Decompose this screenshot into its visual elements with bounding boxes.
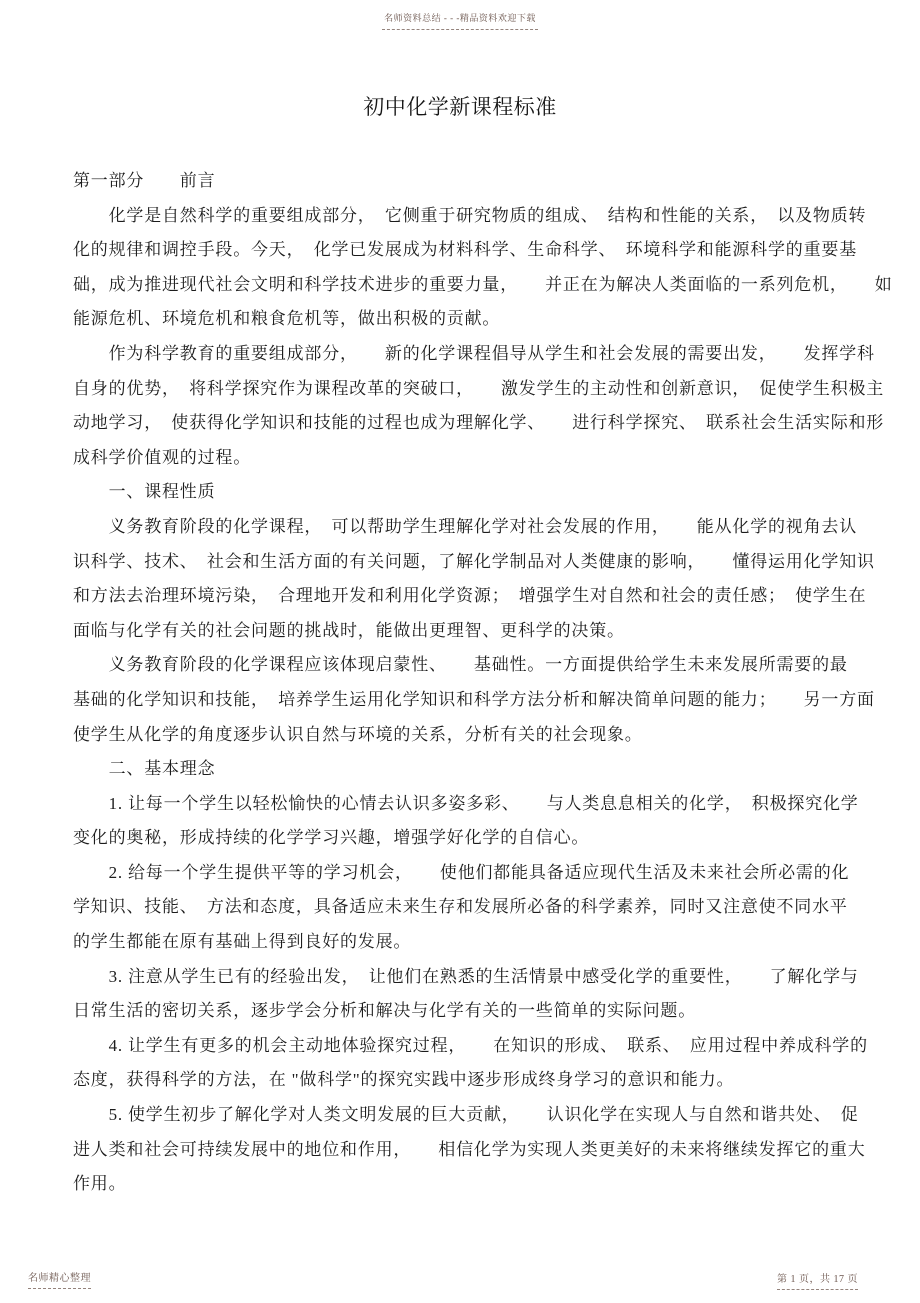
text-line: 作为科学教育的重要组成部分， 新的化学课程倡导从学生和社会发展的需要出发， 发挥… [73,337,863,372]
text-line: 日常生活的密切关系，逐步学会分析和解决与化学有关的一些简单的实际问题。 [73,994,863,1029]
text-line: 和方法去治理环境污染， 合理地开发和利用化学资源； 增强学生对自然和社会的责任感… [73,579,863,614]
text-line: 识科学、技术、 社会和生活方面的有关问题，了解化学制品对人类健康的影响， 懂得运… [73,545,863,580]
text-line: 5. 使学生初步了解化学对人类文明发展的巨大贡献， 认识化学在实现人与自然和谐共… [73,1098,863,1133]
text-line: 一、课程性质 [73,475,863,510]
text-line: 础，成为推进现代社会文明和科学技术进步的重要力量， 并正在为解决人类面临的一系列… [73,268,863,303]
text-line: 态度，获得科学的方法，在 "做科学"的探究实践中逐步形成终身学习的意识和能力。 [73,1063,863,1098]
text-line: 化的规律和调控手段。今天， 化学已发展成为材料科学、生命科学、 环境科学和能源科… [73,233,863,268]
text-line: 化学是自然科学的重要组成部分， 它侧重于研究物质的组成、 结构和性能的关系， 以… [73,199,863,234]
text-line: 能源危机、环境危机和粮食危机等，做出积极的贡献。 [73,302,863,337]
text-line: 3. 注意从学生已有的经验出发， 让他们在熟悉的生活情景中感受化学的重要性， 了… [73,960,863,995]
text-line: 义务教育阶段的化学课程应该体现启蒙性、 基础性。一方面提供给学生未来发展所需要的… [73,648,863,683]
text-line: 使学生从化学的角度逐步认识自然与环境的关系，分析有关的社会现象。 [73,718,863,753]
text-line: 第一部分 前言 [73,164,863,199]
header-watermark-text: 名师资料总结 - - -精品资料欢迎下载 [382,11,538,30]
document-page: 名师资料总结 - - -精品资料欢迎下载 初中化学新课程标准 第一部分 前言 化… [0,0,920,1303]
footer-left: 名师精心整理 [28,1268,91,1289]
document-title: 初中化学新课程标准 [0,91,920,121]
footer-watermark-text: 名师精心整理 [28,1269,91,1289]
text-line: 二、基本理念 [73,752,863,787]
text-line: 自身的优势， 将科学探究作为课程改革的突破口， 激发学生的主动性和创新意识， 促… [73,372,863,407]
footer-right: 第 1 页，共 17 页 [777,1269,858,1290]
text-line: 作用。 [73,1167,863,1202]
text-line: 进人类和社会可持续发展中的地位和作用， 相信化学为实现人类更美好的未来将继续发挥… [73,1133,863,1168]
text-line: 的学生都能在原有基础上得到良好的发展。 [73,925,863,960]
text-line: 义务教育阶段的化学课程， 可以帮助学生理解化学对社会发展的作用， 能从化学的视角… [73,510,863,545]
document-body: 第一部分 前言 化学是自然科学的重要组成部分， 它侧重于研究物质的组成、 结构和… [73,164,863,1202]
text-line: 成科学价值观的过程。 [73,441,863,476]
text-line: 2. 给每一个学生提供平等的学习机会， 使他们都能具备适应现代生活及未来社会所必… [73,856,863,891]
text-line: 学知识、技能、 方法和态度，具备适应未来生存和发展所必备的科学素养，同时又注意使… [73,890,863,925]
text-line: 变化的奥秘，形成持续的化学学习兴趣，增强学好化学的自信心。 [73,821,863,856]
text-line: 1. 让每一个学生以轻松愉快的心情去认识多姿多彩、 与人类息息相关的化学， 积极… [73,787,863,822]
page-header: 名师资料总结 - - -精品资料欢迎下载 [0,8,920,30]
text-line: 动地学习， 使获得化学知识和技能的过程也成为理解化学、 进行科学探究、 联系社会… [73,406,863,441]
text-line: 面临与化学有关的社会问题的挑战时，能做出更理智、更科学的决策。 [73,614,863,649]
text-line: 基础的化学知识和技能， 培养学生运用化学知识和科学方法分析和解决简单问题的能力；… [73,683,863,718]
text-line: 4. 让学生有更多的机会主动地体验探究过程， 在知识的形成、 联系、 应用过程中… [73,1029,863,1064]
page-number-text: 第 1 页，共 17 页 [777,1270,858,1290]
